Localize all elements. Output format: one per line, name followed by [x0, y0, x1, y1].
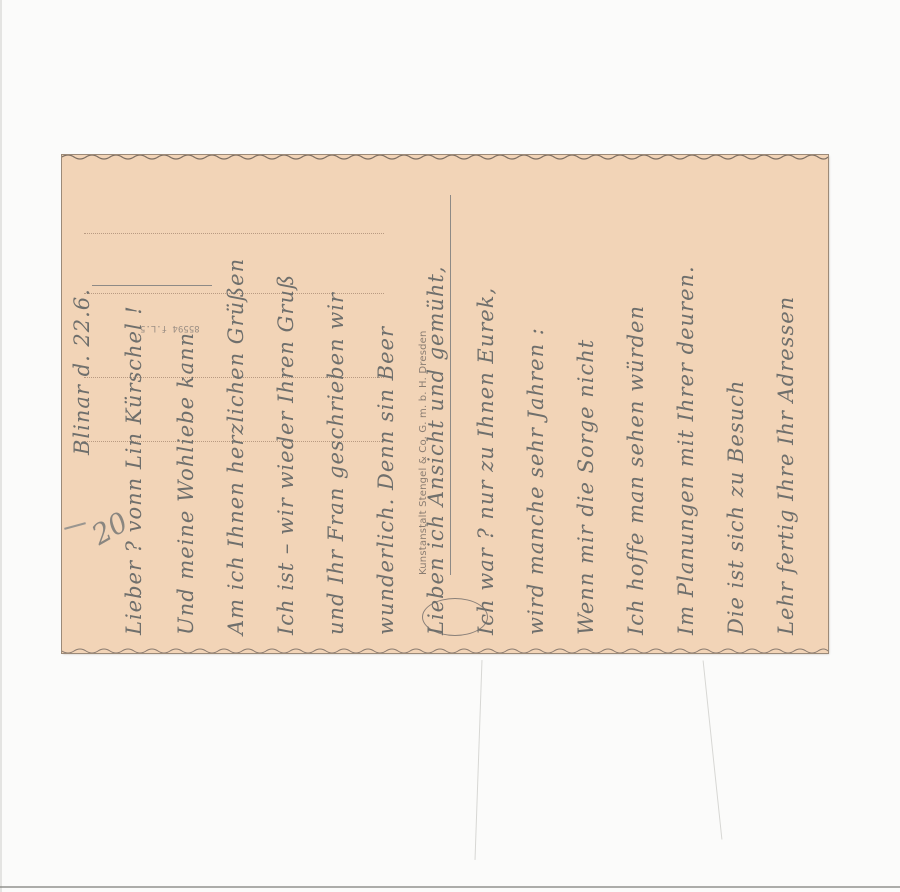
handwriting-line: Lieben ich Ansicht und gemüht, [424, 265, 448, 635]
handwriting-line: wunderlich. Denn sin Beer [374, 326, 398, 635]
handwriting-line: Und meine Wohliebe kann [174, 332, 198, 635]
handwriting-line: Ich hoffe man sehen würden [624, 305, 648, 635]
handwriting-line: wird manche sehr Jahren : [524, 327, 548, 635]
handwriting-line: Am ich Ihnen herzlichen Grüßen [224, 258, 248, 635]
handwriting-line: Wenn mir die Sorge nicht [574, 339, 598, 635]
scanner-crease [475, 660, 483, 860]
center-divider [450, 195, 451, 575]
scan-border-left [0, 0, 2, 892]
handwriting-line: Blinar d. 22.6. [70, 288, 94, 455]
handwriting-line: Ich ist – wir wieder Ihren Gruß [274, 274, 298, 635]
address-line [84, 233, 384, 234]
handwriting-line: Lehr fertig Ihre Ihr Adressen [774, 296, 798, 635]
handwriting-line: Ich war ? nur zu Ihnen Eurek, [474, 287, 498, 635]
handwriting-line: Im Planungen mit Ihrer deuren. [674, 265, 698, 635]
handwriting-line: und Ihr Fran geschrieben wir [324, 292, 348, 635]
underline-stroke [92, 285, 212, 286]
scan-bottom-line [0, 886, 900, 888]
scanner-crease [703, 660, 723, 839]
handwriting-line: Lieber ? vonn Lin Kürschel ! [122, 305, 146, 635]
handwriting-line: Die ist sich zu Besuch [724, 380, 748, 635]
postcard: 85594 f.L.5 Kunstanstalt Stengel & Co. G… [62, 155, 828, 653]
